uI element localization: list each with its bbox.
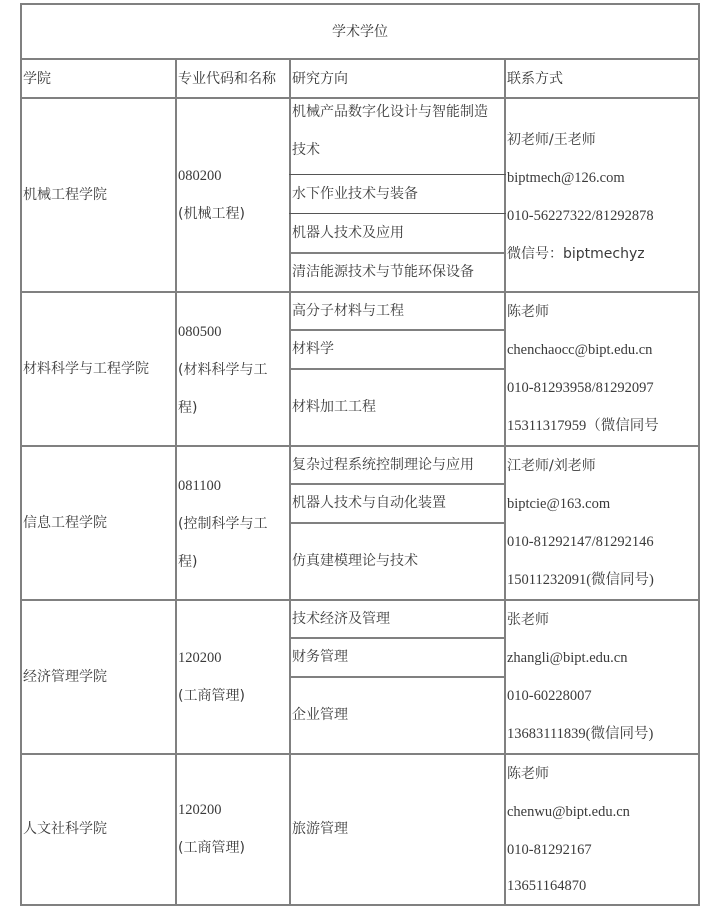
contact-email[interactable]: chenchaocc@bipt.edu.cn [506,331,698,369]
directions-cell: 技术经济及管理 财务管理 企业管理 [291,601,504,753]
contact-person: 江老师/刘老师 [506,447,698,485]
contact-person: 张老师 [506,601,698,639]
major-code: 120200 [178,649,289,668]
research-direction: 材料学 [291,330,504,368]
major-cell: 081100 (控制科学与工 程) [177,447,289,599]
research-direction: 机器人技术及应用 [291,214,504,252]
major-name-cont: 程) [178,399,289,418]
header-research-direction: 研究方向 [291,58,505,97]
research-direction: 高分子材料与工程 [291,293,504,329]
table-row: 经济管理学院 [22,601,175,753]
contact-mobile: 15011232091(微信同号) [506,561,698,599]
college-name: 材料科学与工程学院 [23,360,149,379]
contact-cell: 张老师 zhangli@bipt.edu.cn 010-60228007 136… [506,601,698,753]
table-border-right [698,3,700,906]
college-name: 人文社科学院 [23,820,107,839]
major-name: (工商管理) [178,839,289,858]
contact-cell: 初老师/王老师 biptmech@126.com 010-56227322/81… [506,99,698,291]
college-name: 经济管理学院 [23,668,107,687]
header-college: 学院 [22,58,176,97]
contact-wechat: 微信号：biptmechyz [506,235,698,273]
major-cell: 120200 (工商管理) [177,755,289,904]
major-name: (工商管理) [178,687,289,706]
major-name: (控制科学与工 [178,515,289,534]
research-direction: 材料加工工程 [291,370,504,445]
directions-cell: 高分子材料与工程 材料学 材料加工工程 [291,293,504,445]
contact-phone: 010-81292147/81292146 [506,523,698,561]
table-row: 信息工程学院 [22,447,175,599]
contact-person: 陈老师 [506,755,698,793]
major-cell: 080200 (机械工程) [177,99,289,291]
major-code: 120200 [178,801,289,820]
major-code: 080500 [178,323,289,342]
table-row: 材料科学与工程学院 [22,293,175,445]
research-direction: 仿真建模理论与技术 [291,524,504,599]
major-cell: 120200 (工商管理) [177,601,289,753]
contact-mobile: 15311317959（微信同号 [506,407,698,445]
contact-person: 陈老师 [506,293,698,331]
contact-cell: 陈老师 chenwu@bipt.edu.cn 010-81292167 1365… [506,755,698,904]
major-code: 081100 [178,477,289,496]
college-name: 信息工程学院 [23,514,107,533]
graduate-programs-table: 学术学位 学院 专业代码和名称 研究方向 联系方式 机械工程学院 080200 … [20,3,700,906]
research-direction: 复杂过程系统控制理论与应用 [291,447,504,483]
table-title: 学术学位 [20,3,700,58]
table-border-bottom [20,904,700,906]
contact-phone: 010-81292167 [506,831,698,869]
contact-phone: 010-56227322/81292878 [506,197,698,235]
contact-cell: 陈老师 chenchaocc@bipt.edu.cn 010-81293958/… [506,293,698,445]
research-direction: 企业管理 [291,678,504,753]
major-name-cont: 程) [178,553,289,572]
directions-cell: 复杂过程系统控制理论与应用 机器人技术与自动化装置 仿真建模理论与技术 [291,447,504,599]
contact-mobile: 13683111839(微信同号) [506,715,698,753]
header-major: 专业代码和名称 [177,58,290,97]
major-name: (机械工程) [178,205,289,224]
contact-phone: 010-60228007 [506,677,698,715]
major-cell: 080500 (材料科学与工 程) [177,293,289,445]
research-direction: 水下作业技术与装备 [291,175,504,213]
contact-email[interactable]: biptmech@126.com [506,159,698,197]
contact-email[interactable]: zhangli@bipt.edu.cn [506,639,698,677]
directions-cell: 旅游管理 [291,755,504,904]
contact-person: 初老师/王老师 [506,121,698,159]
contact-email[interactable]: biptcie@163.com [506,485,698,523]
research-direction: 机械产品数字化设计与智能制造 技术 [291,103,504,175]
research-direction: 财务管理 [291,638,504,676]
college-name: 机械工程学院 [23,186,107,205]
contact-email[interactable]: chenwu@bipt.edu.cn [506,793,698,831]
header-contact: 联系方式 [506,58,699,97]
major-code: 080200 [178,167,289,186]
table-row: 人文社科学院 [22,755,175,904]
contact-phone: 010-81293958/81292097 [506,369,698,407]
table-row: 机械工程学院 [22,99,175,291]
contact-cell: 江老师/刘老师 biptcie@163.com 010-81292147/812… [506,447,698,599]
research-direction: 旅游管理 [292,820,348,839]
research-direction: 清洁能源技术与节能环保设备 [291,253,504,291]
contact-mobile: 13651164870 [506,869,698,904]
major-name: (材料科学与工 [178,361,289,380]
research-direction: 机器人技术与自动化装置 [291,484,504,522]
research-direction: 技术经济及管理 [291,601,504,637]
directions-cell: 机械产品数字化设计与智能制造 技术 水下作业技术与装备 机器人技术及应用 清洁能… [291,99,504,291]
